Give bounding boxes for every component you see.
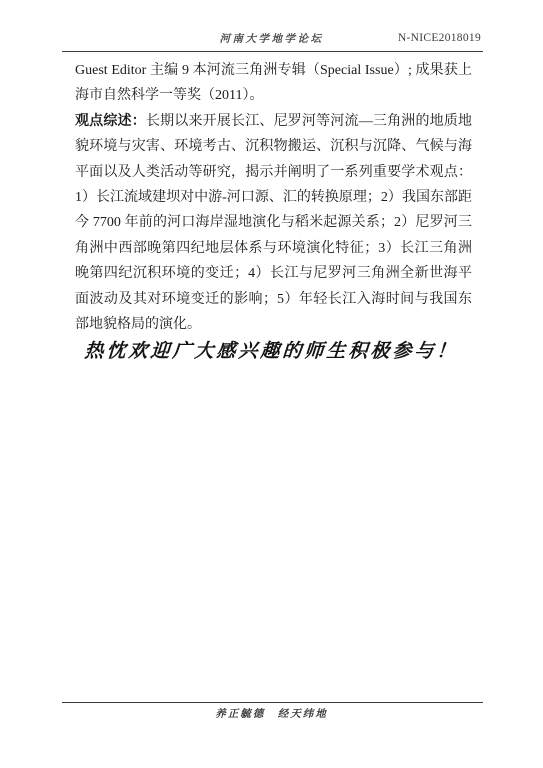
intro-paragraph-text: Guest Editor 主编 9 本河流三角洲专辑（Special Issue… [75, 63, 472, 103]
invitation-line: 热忱欢迎广大感兴趣的师生积极参与！ [0, 336, 543, 363]
document-code: N-NICE2018019 [398, 32, 481, 44]
viewpoint-paragraph-label: 观点综述： [75, 114, 146, 129]
document-page: 河南大学地学论坛 N-NICE2018019 Guest Editor 主编 9… [0, 0, 543, 768]
footer-divider [62, 702, 483, 703]
intro-paragraph: Guest Editor 主编 9 本河流三角洲专辑（Special Issue… [75, 58, 472, 109]
footer-motto: 养正毓德 经天纬地 [0, 706, 543, 721]
header-divider [62, 51, 483, 52]
viewpoint-paragraph: 观点综述：长期以来开展长江、尼罗河等河流—三角洲的地质地貌环境与灾害、环境考古、… [75, 109, 472, 338]
body-text: Guest Editor 主编 9 本河流三角洲专辑（Special Issue… [75, 58, 472, 337]
viewpoint-paragraph-text: 长期以来开展长江、尼罗河等河流—三角洲的地质地貌环境与灾害、环境考古、沉积物搬运… [75, 114, 472, 332]
